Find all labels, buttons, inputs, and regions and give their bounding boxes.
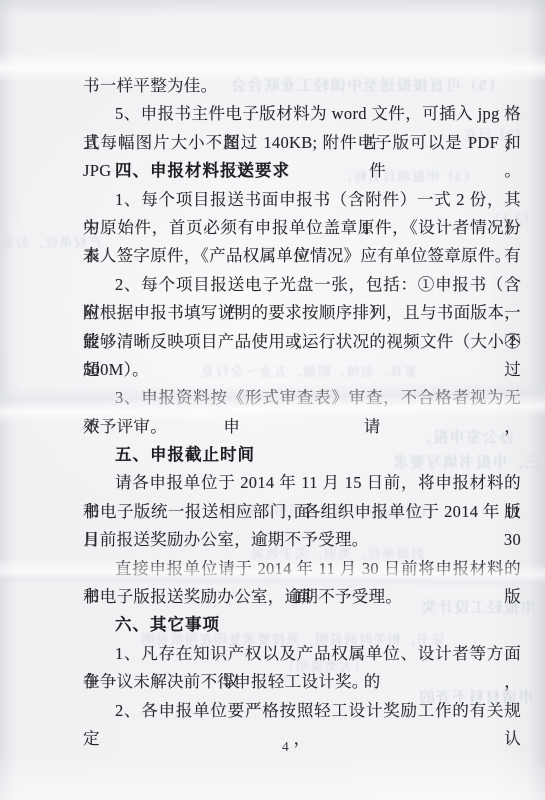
text-line: 书一样平整为佳。: [83, 72, 521, 100]
text-line: 本人签字原件，《产品权属单位情况》应有单位签章原件。: [83, 242, 521, 270]
text-line: 5、申报书主件电子版材料为 word 文件，可插入 jpg 格式图片，: [83, 100, 521, 128]
text-line: 为原始件，首页必须有申报单位盖章原件，《设计者情况》表应有: [83, 214, 521, 242]
text-line: 且每幅图片大小不超过 140KB; 附件电子版可以是 PDF 和 JPG 文件。: [83, 129, 521, 157]
text-line: 请各申报单位于 2014 年 11 月 15 日前，将申报材料的书面版: [83, 469, 521, 497]
text-line: 能够清晰反映项目产品使用或运行状况的视频文件（大小不超过: [83, 328, 521, 356]
document-body: 书一样平整为佳。 5、申报书主件电子版材料为 word 文件，可插入 jpg 格…: [83, 72, 521, 725]
text-line: 1、每个项目报送书面申报书（含附件）一式 2 份，其中 1 份: [83, 186, 521, 214]
section-heading-6: 六、其它事项: [83, 611, 521, 639]
text-line: 2、各申报单位要严格按照轻工设计奖励工作的有关规定，认: [83, 697, 521, 725]
text-line: 直接申报单位请于 2014 年 11 月 30 日前将申报材料的书面版: [83, 555, 521, 583]
text-line: 2、每个项目报送电子光盘一张，包括：①申报书（含附件），: [83, 271, 521, 299]
text-line: 应根据申报书填写说明的要求按顺序排列，且与书面版本一致；②: [83, 299, 521, 327]
text-line: 和电子版统一报送相应部门，各组织申报单位于 2014 年 11 月 30: [83, 498, 521, 526]
text-line: 3、申报资料按《形式审查表》审查，不合格者视为无效申请，: [83, 384, 521, 412]
section-heading-5: 五、申报截止时间: [83, 441, 521, 469]
text-line: 1、凡存在知识产权以及产品权属单位、设计者等方面争议的，: [83, 640, 521, 668]
scanned-page: （5）可直接报送至中国轻工业联合会 （2）已在 （3）申报项目名称； （3.1）…: [0, 0, 545, 800]
page-number: 4: [282, 739, 289, 755]
